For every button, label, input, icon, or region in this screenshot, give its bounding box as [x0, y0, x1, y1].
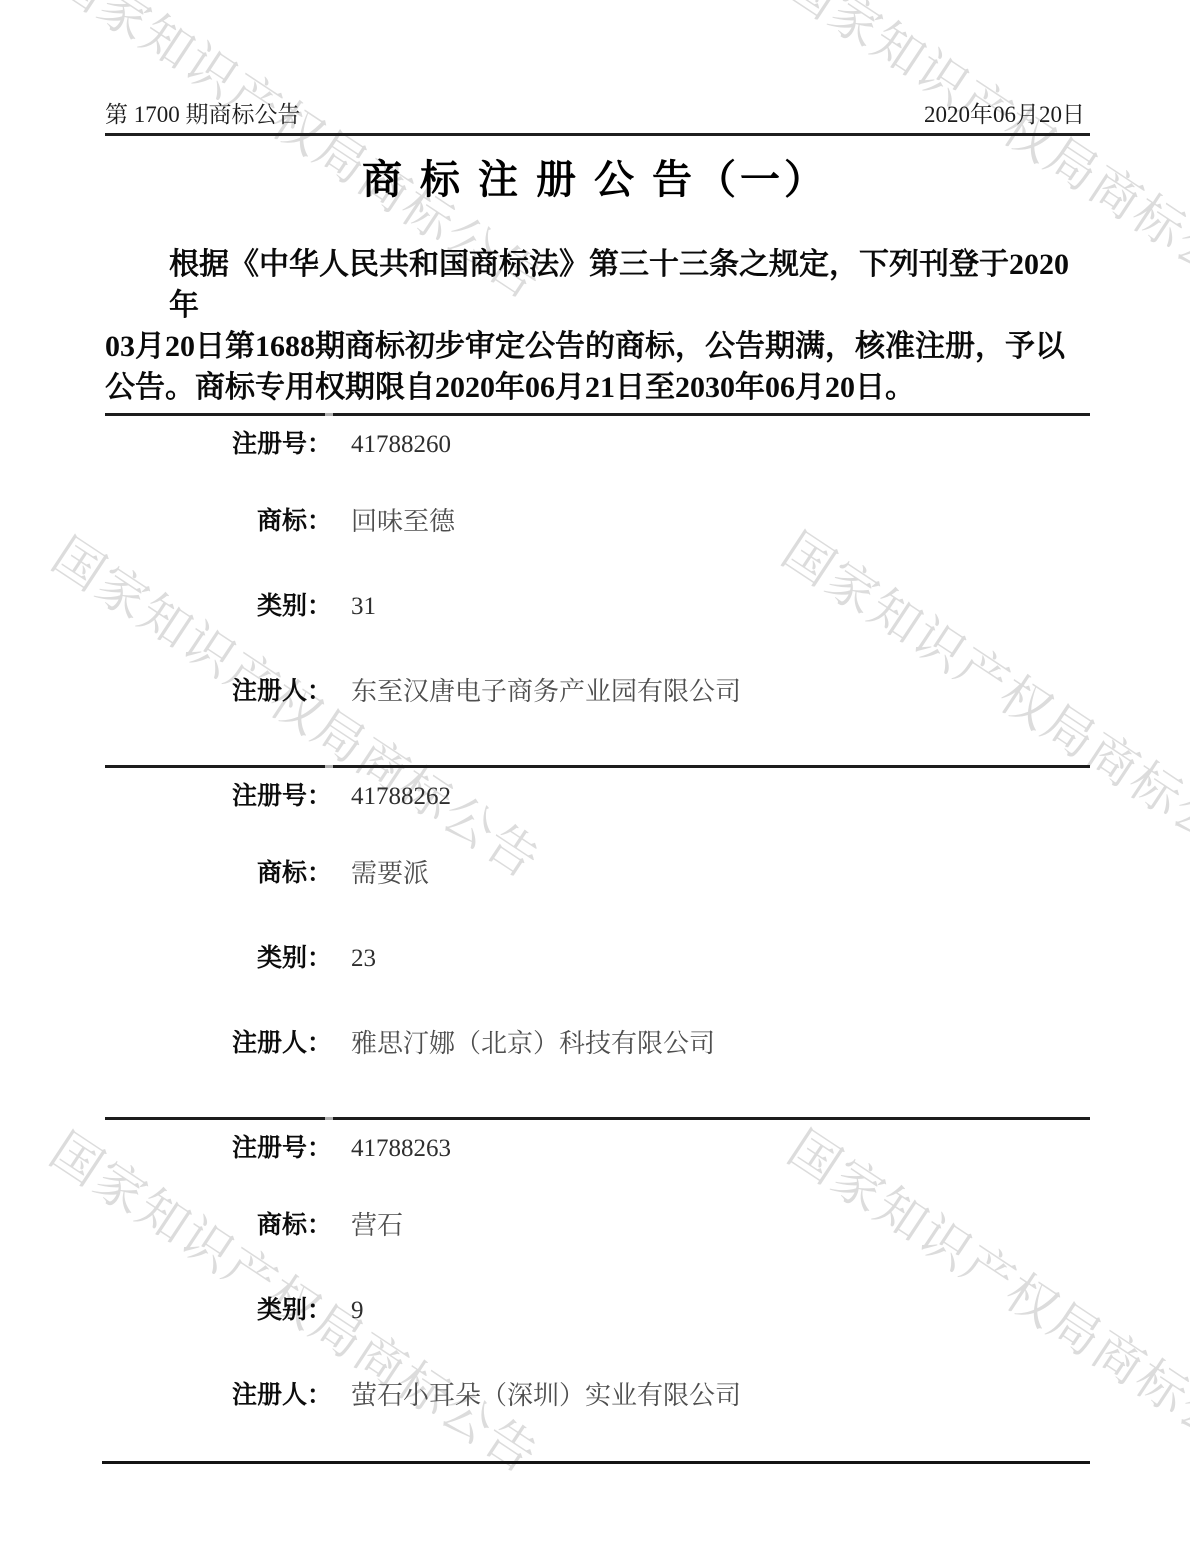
reg-no-row: 注册号： 41788263	[105, 1135, 1090, 1162]
trademark-label: 商标：	[105, 1212, 332, 1239]
issue-label: 第 1700 期商标公告	[105, 96, 301, 129]
gazette-page: 国家知识产权局商标公告 国家知识产权局商标公告 国家知识产权局商标公告 国家知识…	[0, 0, 1190, 1564]
page-content: 第 1700 期商标公告 2020年06月20日 商 标 注 册 公 告（一） …	[0, 0, 1190, 1564]
entry-divider	[105, 413, 1090, 416]
class-value: 9	[351, 1297, 364, 1324]
page-title: 商 标 注 册 公 告（一）	[0, 148, 1190, 205]
registrant-row: 注册人： 雅思汀娜（北京）科技有限公司	[105, 1030, 1090, 1057]
trademark-value: 营石	[351, 1212, 403, 1239]
class-value: 23	[351, 945, 376, 972]
class-row: 类别： 23	[105, 945, 1090, 972]
trademark-label: 商标：	[105, 508, 332, 535]
reg-no-label: 注册号：	[105, 431, 332, 458]
trademark-label: 商标：	[105, 860, 332, 887]
trademark-entry: 注册号： 41788263 商标： 营石 类别： 9 注册人： 萤石小耳朵（深圳…	[105, 1117, 1090, 1467]
intro-line: 公告。商标专用权期限自2020年06月21日至2030年06月20日。	[105, 367, 1090, 408]
registrant-label: 注册人：	[105, 678, 332, 705]
entry-divider	[105, 765, 1090, 768]
reg-no-label: 注册号：	[105, 783, 332, 810]
trademark-value: 需要派	[351, 860, 429, 887]
registrant-label: 注册人：	[105, 1382, 332, 1409]
publication-date: 2020年06月20日	[924, 96, 1085, 129]
reg-no-row: 注册号： 41788262	[105, 783, 1090, 810]
trademark-value: 回味至德	[351, 508, 455, 535]
reg-no-label: 注册号：	[105, 1135, 332, 1162]
registrant-value: 萤石小耳朵（深圳）实业有限公司	[351, 1382, 741, 1409]
trademark-row: 商标： 营石	[105, 1212, 1090, 1239]
header-divider	[105, 133, 1090, 136]
class-label: 类别：	[105, 593, 332, 620]
reg-no-row: 注册号： 41788260	[105, 431, 1090, 458]
registrant-label: 注册人：	[105, 1030, 332, 1057]
intro-line: 03月20日第1688期商标初步审定公告的商标，公告期满，核准注册，予以	[105, 326, 1090, 367]
reg-no-value: 41788263	[351, 1135, 451, 1162]
class-row: 类别： 9	[105, 1297, 1090, 1324]
reg-no-value: 41788262	[351, 783, 451, 810]
registrant-row: 注册人： 萤石小耳朵（深圳）实业有限公司	[105, 1382, 1090, 1409]
class-value: 31	[351, 593, 376, 620]
divider-gap	[325, 1117, 333, 1120]
class-row: 类别： 31	[105, 593, 1090, 620]
divider-gap	[325, 765, 333, 768]
reg-no-value: 41788260	[351, 431, 451, 458]
intro-paragraph: 根据《中华人民共和国商标法》第三十三条之规定，下列刊登于2020年 03月20日…	[105, 244, 1090, 408]
divider-gap	[325, 413, 333, 416]
class-label: 类别：	[105, 945, 332, 972]
registrant-value: 雅思汀娜（北京）科技有限公司	[351, 1030, 715, 1057]
bottom-divider	[102, 1461, 1090, 1464]
registrant-row: 注册人： 东至汉唐电子商务产业园有限公司	[105, 678, 1090, 705]
intro-line: 根据《中华人民共和国商标法》第三十三条之规定，下列刊登于2020年	[105, 244, 1090, 326]
entry-divider	[105, 1117, 1090, 1120]
page-header: 第 1700 期商标公告 2020年06月20日	[105, 96, 1085, 129]
trademark-row: 商标： 回味至德	[105, 508, 1090, 535]
trademark-entry: 注册号： 41788262 商标： 需要派 类别： 23 注册人： 雅思汀娜（北…	[105, 765, 1090, 1115]
class-label: 类别：	[105, 1297, 332, 1324]
trademark-row: 商标： 需要派	[105, 860, 1090, 887]
trademark-entry: 注册号： 41788260 商标： 回味至德 类别： 31 注册人： 东至汉唐电…	[105, 413, 1090, 763]
registrant-value: 东至汉唐电子商务产业园有限公司	[351, 678, 741, 705]
